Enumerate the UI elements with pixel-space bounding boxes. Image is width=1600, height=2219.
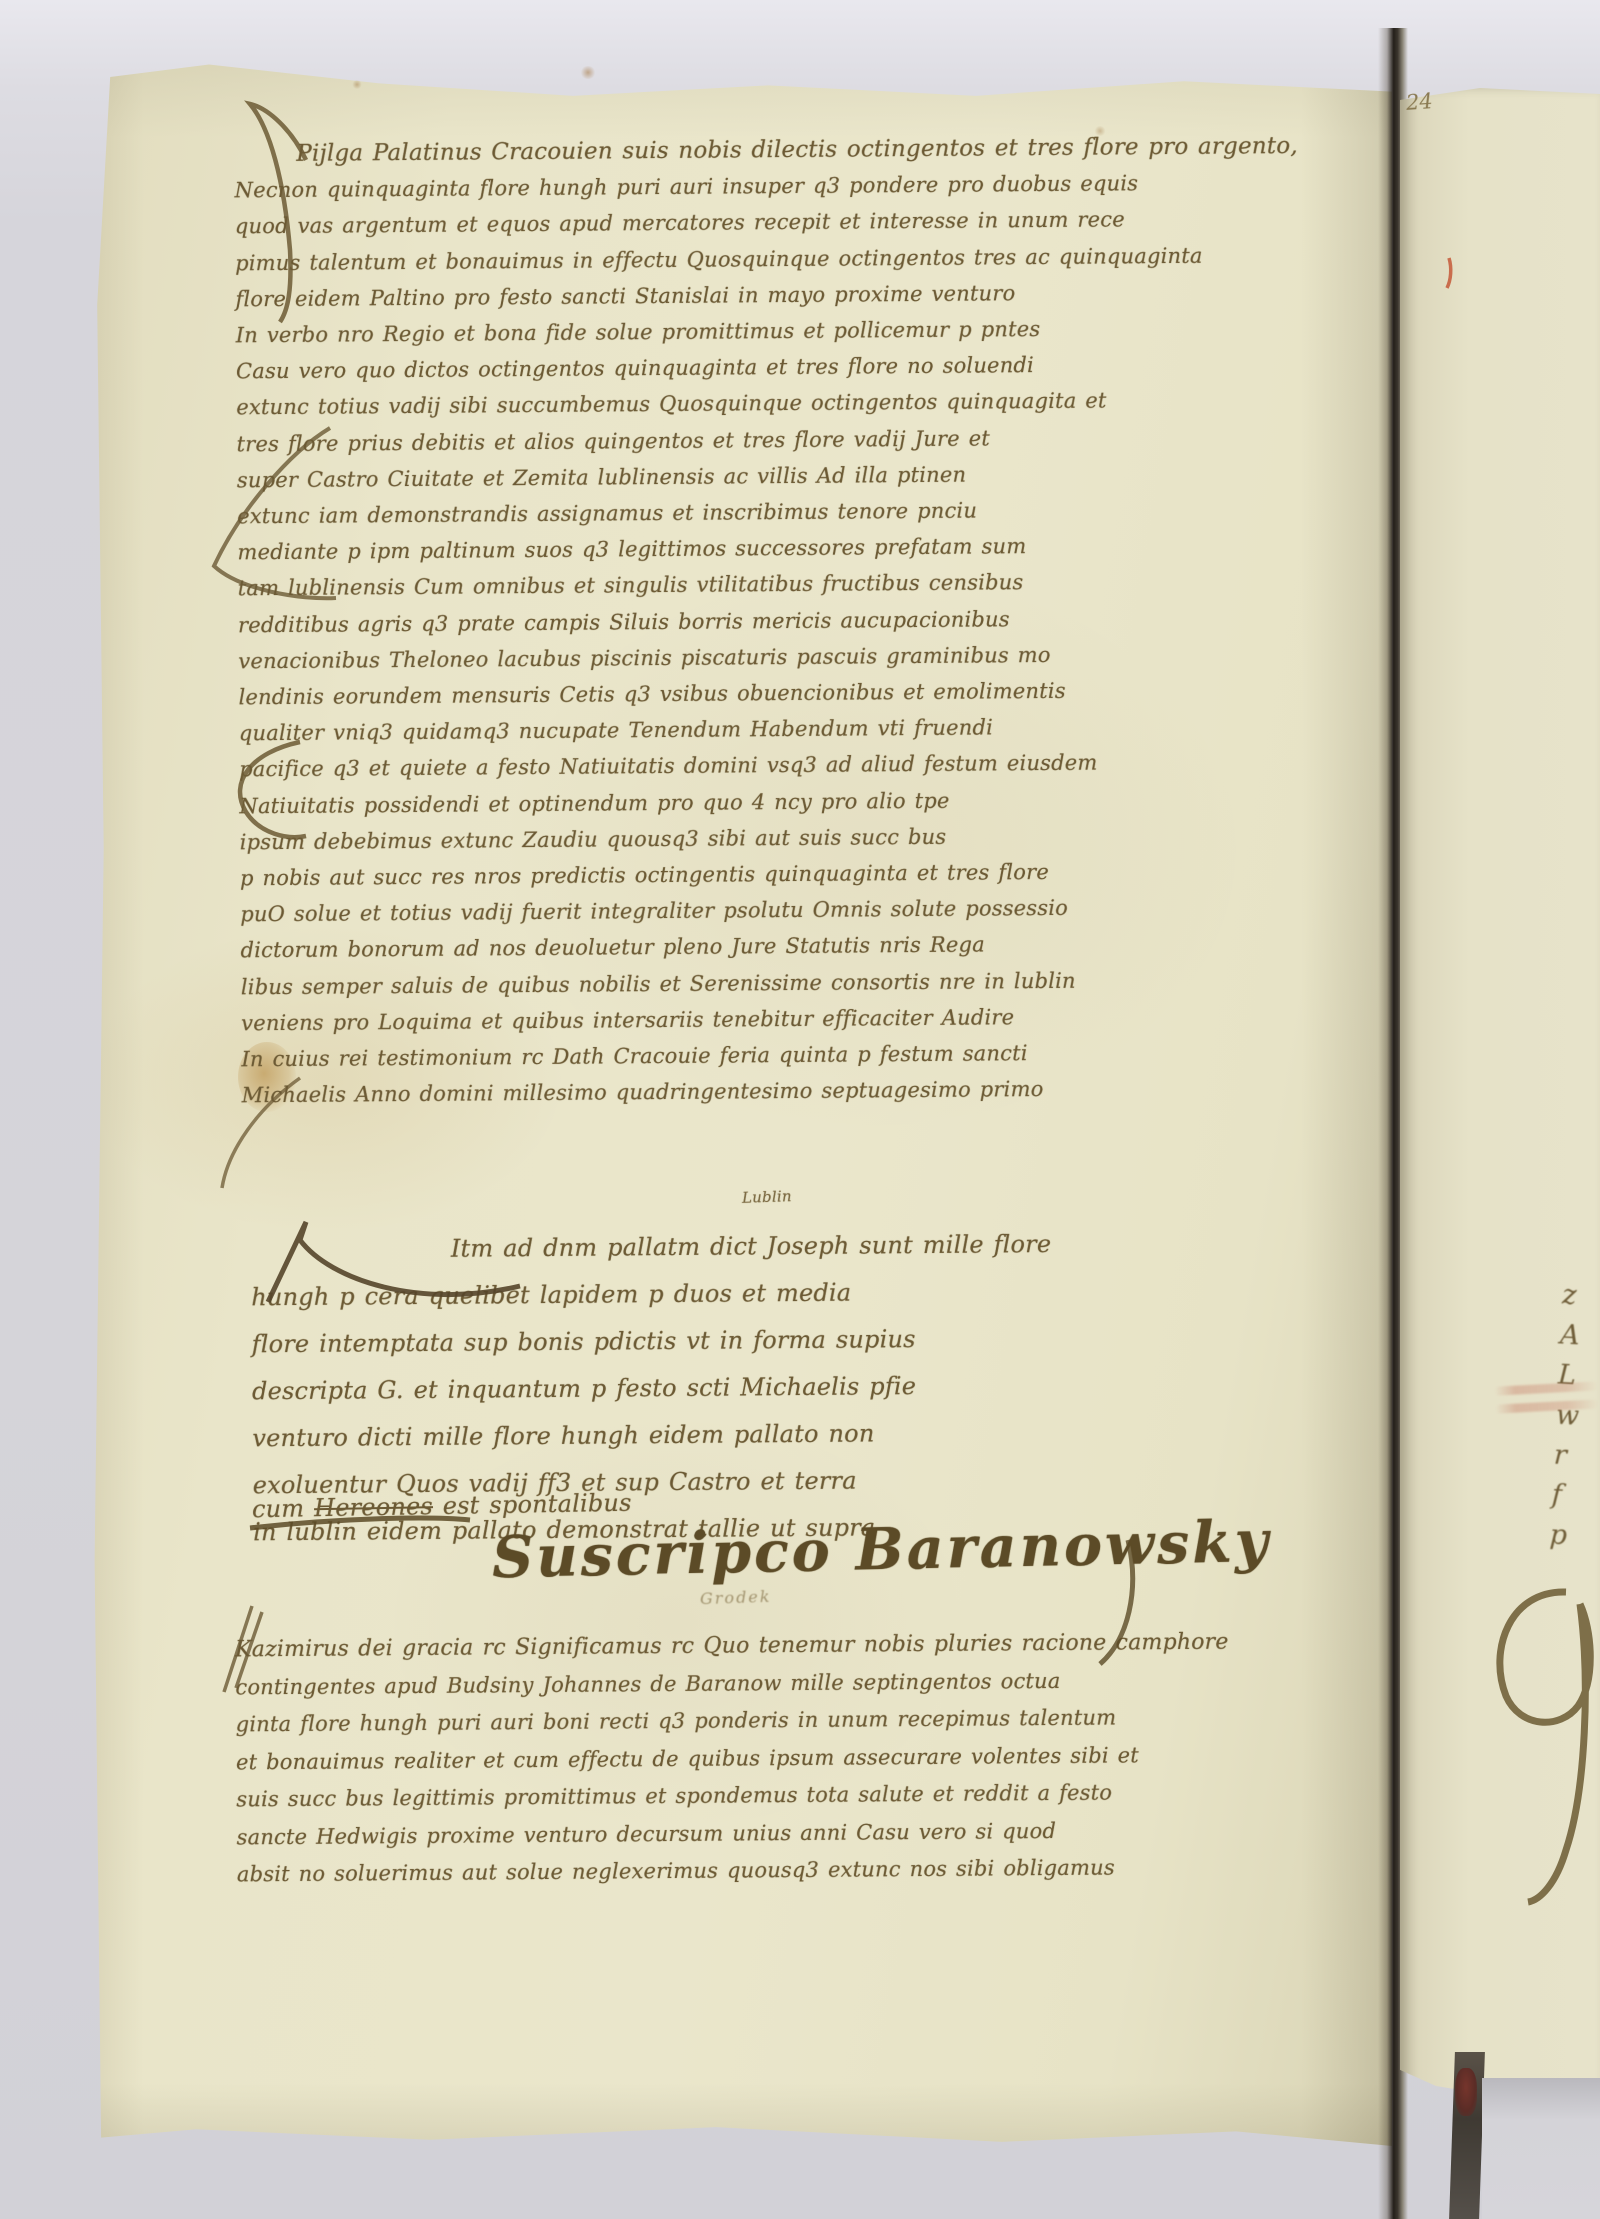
manuscript-line: Michaelis Anno domini millesimo quadring…: [242, 1071, 1092, 1114]
manuscript-line: descripta G. et inquantum p festo scti M…: [252, 1362, 1102, 1416]
manuscript-line: pacifice q3 et quiete a festo Natiuitati…: [239, 745, 1089, 788]
letter-fragment: f: [1551, 1481, 1576, 1509]
folio-number: 24: [1405, 89, 1433, 115]
manuscript-line: Kazimirus dei gracia rc Significamus rc …: [235, 1625, 1105, 1669]
manuscript-line: suis succ bus legittimis promittimus et …: [236, 1775, 1106, 1819]
text-block-3: Kazimirus dei gracia rc Significamus rc …: [235, 1625, 1107, 1894]
letter-fragment: A: [1559, 1322, 1584, 1350]
letter-fragment: p: [1549, 1521, 1574, 1549]
interlinear-note: Lublin: [742, 1187, 792, 1207]
small-stain: [580, 66, 596, 79]
red-marginal-note: [1494, 1381, 1600, 1430]
manuscript-line: tam lublinensis Cum omnibus et singulis …: [238, 564, 1088, 607]
background-below-folio: [1482, 2078, 1600, 2219]
scanned-manuscript-spread: 24 zALwrfp Pijlga Palatinus Cracouien su…: [0, 0, 1600, 2219]
manuscript-line: hungh p cera quelibet lapidem p duos et …: [251, 1268, 1101, 1322]
struck-line-rest: est spontalibus: [433, 1489, 632, 1520]
manuscript-line: flore intemptata sup bonis pdictis vt in…: [251, 1315, 1101, 1369]
struck-line-prefix: cum: [252, 1494, 315, 1523]
next-folio-edge: [1400, 88, 1600, 2098]
heading-subscript: Grodek: [700, 1587, 772, 1608]
manuscript-line: dictorum bonorum ad nos deuoluetur pleno…: [240, 926, 1090, 969]
letter-fragment: z: [1562, 1282, 1587, 1310]
manuscript-line: venturo dicti mille flore hungh eidem pa…: [252, 1409, 1102, 1463]
manuscript-line: ginta flore hungh puri auri boni recti q…: [236, 1700, 1106, 1744]
struck-word: Hereones: [314, 1492, 433, 1522]
manuscript-line: absit no soluerimus aut solue neglexerim…: [237, 1850, 1107, 1894]
manuscript-line: extunc totius vadij sibi succumbemus Quo…: [236, 383, 1086, 426]
red-wax-mark: [1455, 2068, 1477, 2116]
small-stain: [352, 80, 362, 89]
letter-fragment: r: [1553, 1441, 1578, 1469]
manuscript-line: quod vas argentum et equos apud mercator…: [235, 202, 1085, 245]
text-block-1: Pijlga Palatinus Cracouien suis nobis di…: [234, 130, 1092, 1114]
manuscript-line: Itm ad dnm pallatm dict Joseph sunt mill…: [251, 1221, 1101, 1275]
